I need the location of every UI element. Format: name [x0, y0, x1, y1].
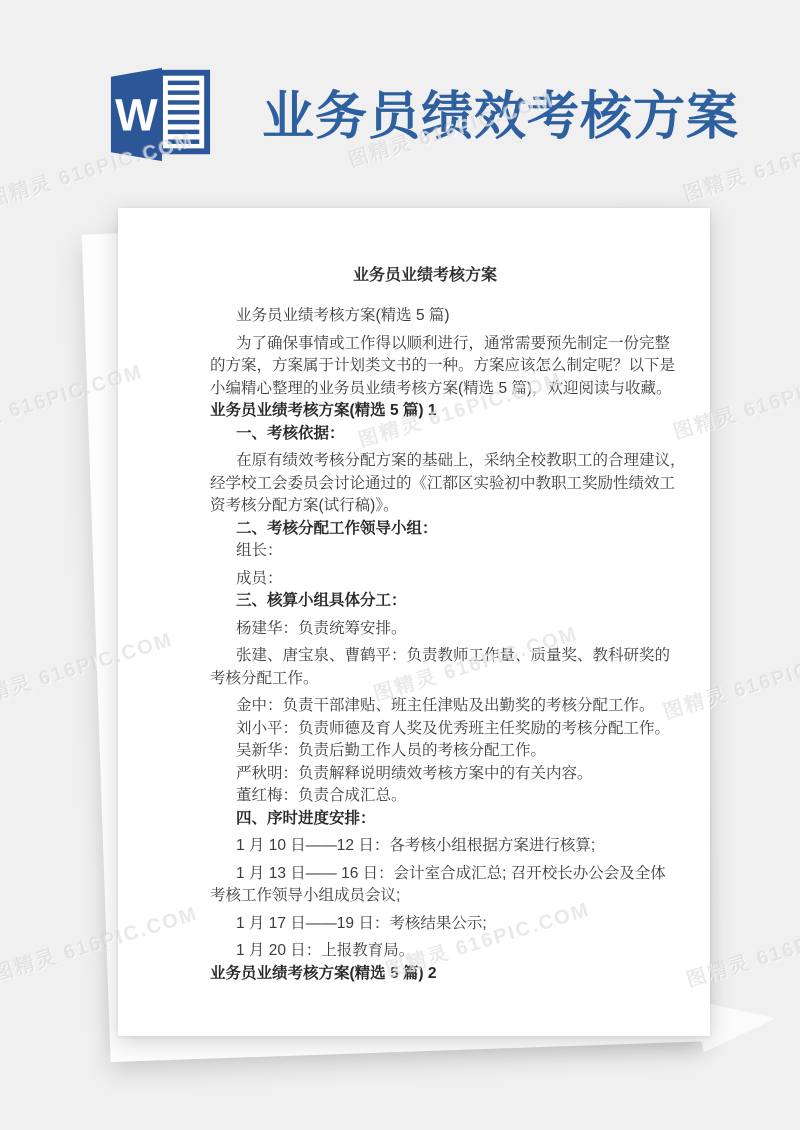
doc-line: 组长：: [210, 540, 640, 563]
doc-line: 金中：负责干部津贴、班主任津贴及出勤奖的考核分配工作。: [210, 695, 640, 718]
doc-line: 1 月 17 日——19 日：考核结果公示;: [210, 913, 640, 936]
word-icon-letter: W: [115, 90, 158, 141]
document-page: 业务员业绩考核方案 业务员业绩考核方案(精选 5 篇)为了确保事情或工作得以顺利…: [118, 208, 710, 1036]
doc-line: 一、考核依据：: [210, 423, 640, 446]
doc-line: 董红梅：负责合成汇总。: [210, 785, 640, 808]
preview-stage: W 业务员绩效考核方案 业务员业绩考核方案 业务员业绩考核方案(精选 5 篇)为…: [0, 0, 800, 1130]
doc-line: 成员：: [210, 568, 640, 591]
doc-line: 严秋明：负责解释说明绩效考核方案中的有关内容。: [210, 763, 640, 786]
doc-line: 二、考核分配工作领导小组：: [210, 518, 640, 541]
doc-line: 为了确保事情或工作得以顺利进行，通常需要预先制定一份完整: [210, 333, 640, 356]
doc-line: 业务员业绩考核方案(精选 5 篇) 2: [210, 963, 640, 986]
doc-line: 1 月 10 日——12 日：各考核小组根据方案进行核算;: [210, 835, 640, 858]
doc-line: 四、序时进度安排：: [210, 808, 640, 831]
doc-line: 杨建华：负责统筹安排。: [210, 618, 640, 641]
document-title: 业务员业绩考核方案: [210, 262, 640, 285]
doc-line: 经学校工会委员会讨论通过的《江都区实验初中教职工奖励性绩效工: [210, 473, 640, 496]
doc-line: 业务员业绩考核方案(精选 5 篇): [210, 305, 640, 328]
doc-line: 的方案，方案属于计划类文书的一种。方案应该怎么制定呢？以下是: [210, 355, 640, 378]
header-title: 业务员绩效考核方案: [262, 74, 739, 149]
doc-line: 1 月 20 日：上报教育局。: [210, 940, 640, 963]
doc-line: 资考核分配方案(试行稿)》。: [210, 495, 640, 518]
header: W 业务员绩效考核方案: [0, 0, 800, 200]
doc-line: 三、核算小组具体分工：: [210, 590, 640, 613]
doc-line: 在原有绩效考核分配方案的基础上，采纳全校教职工的合理建议，: [210, 450, 640, 473]
word-icon: W: [107, 64, 213, 164]
doc-line: 业务员业绩考核方案(精选 5 篇) 1: [210, 400, 640, 423]
doc-line: 小编精心整理的业务员业绩考核方案(精选 5 篇)，欢迎阅读与收藏。: [210, 378, 640, 401]
doc-line: 刘小平：负责师德及育人奖及优秀班主任奖励的考核分配工作。: [210, 718, 640, 741]
doc-line: 考核分配工作。: [210, 668, 640, 691]
doc-line: 张建、唐宝泉、曹鹤平：负责教师工作量、质量奖、教科研奖的: [210, 645, 640, 668]
doc-line: 吴新华：负责后勤工作人员的考核分配工作。: [210, 740, 640, 763]
document-body: 业务员业绩考核方案(精选 5 篇)为了确保事情或工作得以顺利进行，通常需要预先制…: [210, 305, 640, 985]
doc-line: 考核工作领导小组成员会议;: [210, 885, 640, 908]
doc-line: 1 月 13 日—— 16 日：会计室合成汇总; 召开校长办公会及全体: [210, 863, 640, 886]
